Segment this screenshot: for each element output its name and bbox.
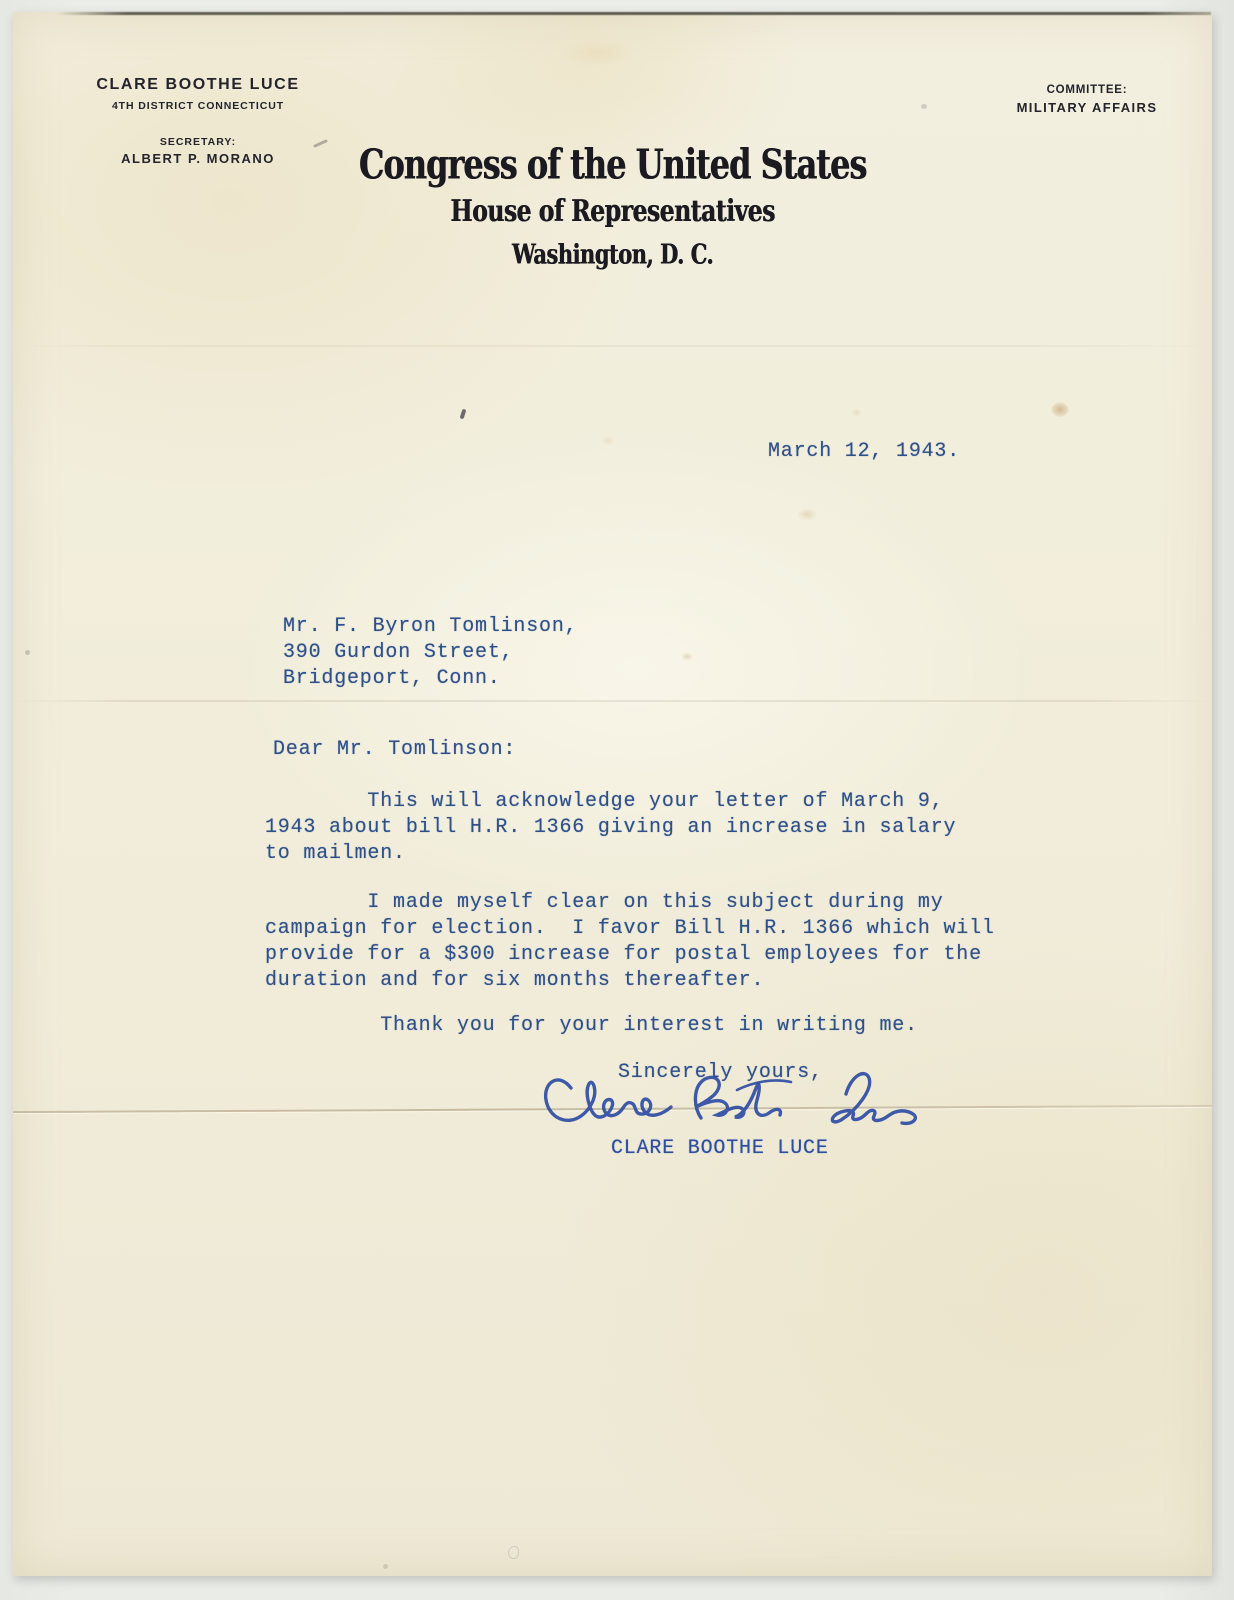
recipient-address: Mr. F. Byron Tomlinson, 390 Gurdon Stree…: [283, 614, 577, 692]
pen-mark: [460, 409, 467, 420]
stain-spot: [1051, 402, 1069, 417]
letterhead-title-line1: Congress of the United States: [13, 140, 1212, 189]
letterhead-committee-block: COMMITTEE: MILITARY AFFAIRS: [957, 84, 1217, 115]
fold-crease: [13, 345, 1212, 347]
body-paragraph: I made myself clear on this subject duri…: [265, 890, 995, 994]
stain-spot: [25, 650, 30, 655]
signature-script-icon: [541, 1058, 931, 1150]
committee-label: COMMITTEE:: [957, 84, 1217, 96]
fold-crease: [13, 700, 1212, 702]
body-paragraph: This will acknowledge your letter of Mar…: [265, 789, 956, 867]
member-district: 4TH DISTRICT CONNECTICUT: [41, 100, 355, 112]
letterhead-title-line2: House of Representatives: [13, 193, 1212, 229]
stain-spot: [601, 436, 615, 446]
member-name: CLARE BOOTHE LUCE: [41, 76, 355, 94]
committee-name: MILITARY AFFAIRS: [957, 100, 1217, 115]
stain-spot: [383, 1564, 388, 1569]
salutation: Dear Mr. Tomlinson:: [273, 737, 516, 763]
signature: [541, 1058, 931, 1150]
stain-spot: [921, 104, 927, 109]
body-paragraph: Thank you for your interest in writing m…: [265, 1013, 918, 1039]
scan-top-edge: [57, 12, 1211, 15]
letterhead-title-line3: Washington, D. C.: [13, 238, 1212, 270]
date-line: March 12, 1943.: [768, 439, 960, 465]
scan-background: CLARE BOOTHE LUCE 4TH DISTRICT CONNECTIC…: [0, 0, 1234, 1600]
stain-spot: [797, 508, 817, 521]
stain-spot: [681, 652, 693, 661]
pencil-mark: [508, 1546, 519, 1559]
stain-spot: [561, 40, 635, 66]
letter-paper: CLARE BOOTHE LUCE 4TH DISTRICT CONNECTIC…: [13, 12, 1212, 1576]
stain-spot: [851, 408, 862, 417]
